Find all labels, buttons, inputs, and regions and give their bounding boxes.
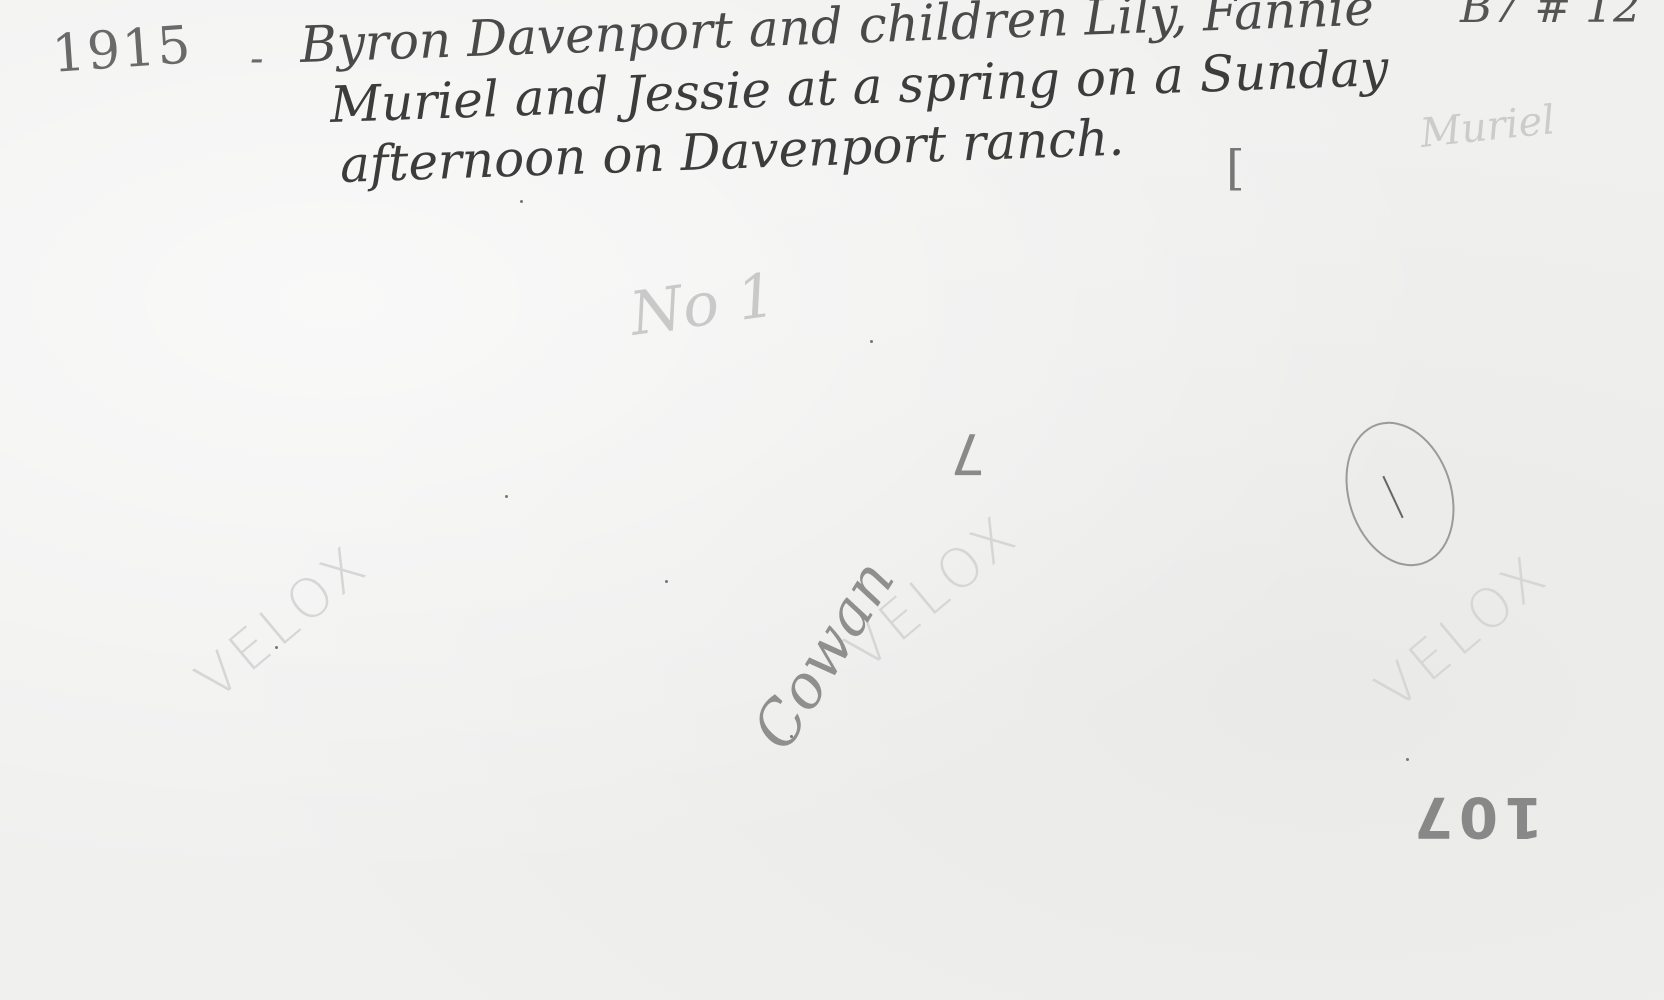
circled-number-oval bbox=[1328, 408, 1473, 581]
speck bbox=[870, 340, 873, 343]
speck bbox=[505, 495, 508, 498]
speck bbox=[520, 200, 523, 203]
velox-stamp-left: VELOX bbox=[184, 531, 382, 711]
faint-erased-name: Muriel bbox=[1418, 97, 1557, 157]
faint-mark: 7 bbox=[950, 420, 986, 485]
corner-note: B7 # 12 bbox=[1460, 0, 1641, 33]
photo-back: 1915 - Byron Davenport and children Lily… bbox=[0, 0, 1664, 1000]
faint-number-note: No 1 bbox=[626, 260, 780, 350]
inverted-number-stamp: 107 bbox=[1408, 784, 1543, 849]
caption-dash: - bbox=[250, 36, 264, 82]
speck bbox=[665, 580, 668, 583]
bracket-mark: [ bbox=[1226, 140, 1245, 196]
caption-year: 1915 bbox=[50, 15, 194, 85]
speck bbox=[275, 646, 278, 649]
speck bbox=[1406, 758, 1409, 761]
speck bbox=[790, 735, 793, 738]
velox-stamp-right: VELOX bbox=[1364, 541, 1562, 721]
